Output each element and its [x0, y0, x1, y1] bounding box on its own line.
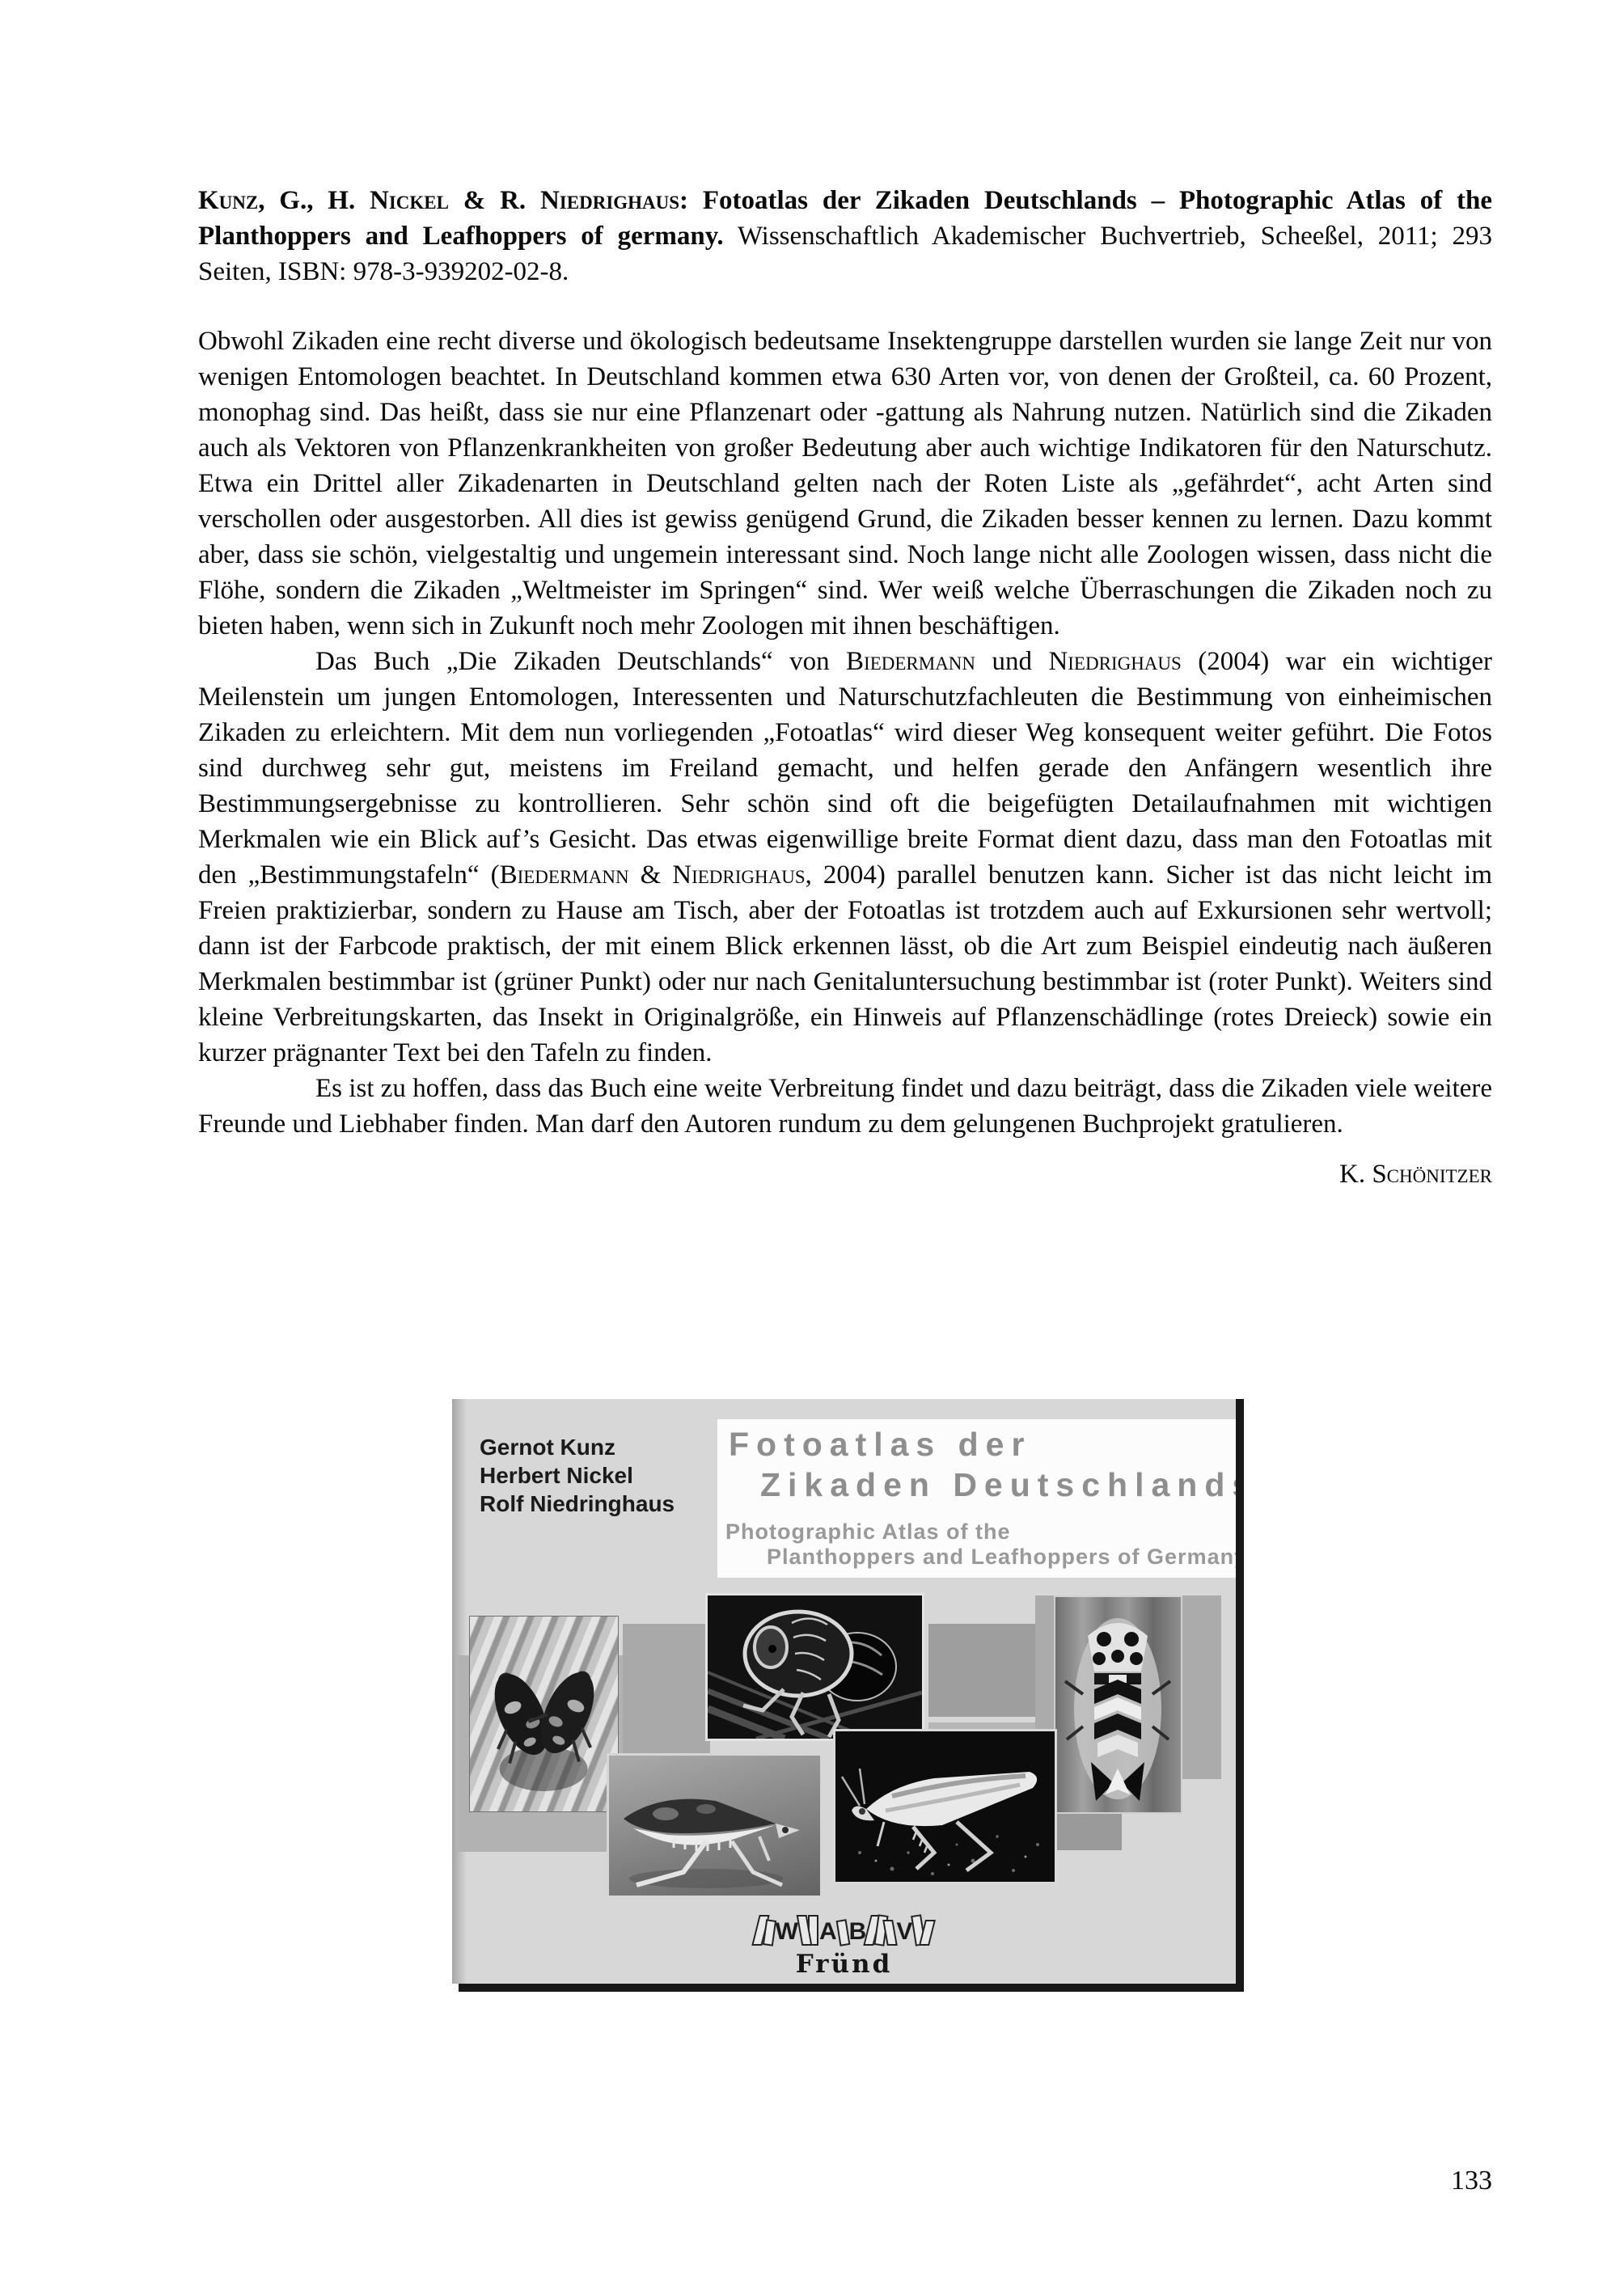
book-cover-photo: Gernot Kunz Herbert Nickel Rolf Niedring…	[452, 1399, 1244, 1992]
cover-subtitle-line: Photographic Atlas of the	[725, 1519, 1011, 1545]
review-text-column: Kunz, G., H. Nickel & R. Niedrighaus: Fo…	[198, 183, 1492, 1192]
cover-author: Rolf Niedringhaus	[480, 1490, 675, 1518]
cover-gray-band	[1054, 1814, 1122, 1850]
cover-gray-band	[928, 1624, 1042, 1717]
review-paragraph: Es ist zu hoffen, dass das Buch eine wei…	[198, 1071, 1492, 1142]
book-spine-icon	[835, 1919, 850, 1946]
text-segment: &	[629, 860, 673, 890]
cover-photo-leafhopper-pair	[469, 1616, 619, 1812]
insect-illustration	[1055, 1597, 1181, 1812]
cover-title-line: Zikaden Deutschlands	[760, 1466, 1236, 1504]
page-number: 133	[198, 2166, 1492, 2196]
review-paragraph: Obwohl Zikaden eine recht diverse und ök…	[198, 323, 1492, 644]
cover-title-line: Fotoatlas der	[729, 1426, 1031, 1464]
text-segment: Niedrighaus	[1048, 647, 1181, 676]
cover-photo-pale-leafhopper	[833, 1729, 1057, 1884]
cover-publisher-name: Fründ	[452, 1950, 1236, 1979]
insect-illustration	[470, 1617, 618, 1811]
text-segment: Es ist zu hoffen, dass das Buch eine wei…	[198, 1074, 1492, 1139]
text-segment: (2004) war ein wichtiger Meilenstein um …	[198, 647, 1492, 890]
insect-illustration	[609, 1756, 820, 1896]
cover-photo-patterned-leafhopper	[1054, 1596, 1182, 1814]
review-paragraph: Das Buch „Die Zikaden Deutschlands“ von …	[198, 644, 1492, 1071]
text-segment: Obwohl Zikaden eine recht diverse und ök…	[198, 327, 1492, 640]
cover-title-box: Fotoatlas der Zikaden Deutschlands Photo…	[717, 1419, 1236, 1578]
logo-letter: W	[776, 1918, 798, 1946]
text-segment: und	[975, 647, 1048, 676]
book-page-edge-right	[1236, 1399, 1244, 1992]
review-body: Obwohl Zikaden eine recht diverse und ök…	[198, 323, 1492, 1142]
book-cover-front: Gernot Kunz Herbert Nickel Rolf Niedring…	[452, 1399, 1236, 1984]
cover-authors: Gernot Kunz Herbert Nickel Rolf Niedring…	[480, 1433, 675, 1518]
cover-author: Gernot Kunz	[480, 1433, 675, 1461]
cover-photo-sideview-leafhopper	[607, 1753, 823, 1898]
text-segment: , 2004) parallel benutzen kann. Sicher i…	[198, 860, 1492, 1067]
logo-letter: A	[819, 1918, 837, 1946]
reviewer-signature: K. Schönitzer	[198, 1156, 1492, 1192]
logo-letter: V	[896, 1918, 912, 1946]
wabv-publisher-logo: W A B V	[452, 1908, 1236, 1946]
cover-subtitle-line: Planthoppers and Leafhoppers of Germany	[767, 1545, 1236, 1570]
text-segment: Das Buch „Die Zikaden Deutschlands“ von	[315, 647, 846, 676]
text-segment: Kunz, G., H. Nickel & R. Niedrighaus:	[198, 186, 688, 215]
cover-photo-face-closeup	[705, 1593, 924, 1741]
reviewer-name: K. Schönitzer	[1339, 1160, 1492, 1189]
insect-illustration	[835, 1731, 1055, 1882]
book-page-edge-bottom	[459, 1984, 1244, 1992]
text-segment: Biedermann	[846, 647, 975, 676]
review-citation: Kunz, G., H. Nickel & R. Niedrighaus: Fo…	[198, 183, 1492, 290]
insect-illustration	[708, 1596, 922, 1739]
text-segment: Biedermann	[500, 860, 629, 890]
text-segment: Niedrighaus	[672, 860, 805, 890]
cover-author: Herbert Nickel	[480, 1461, 675, 1490]
